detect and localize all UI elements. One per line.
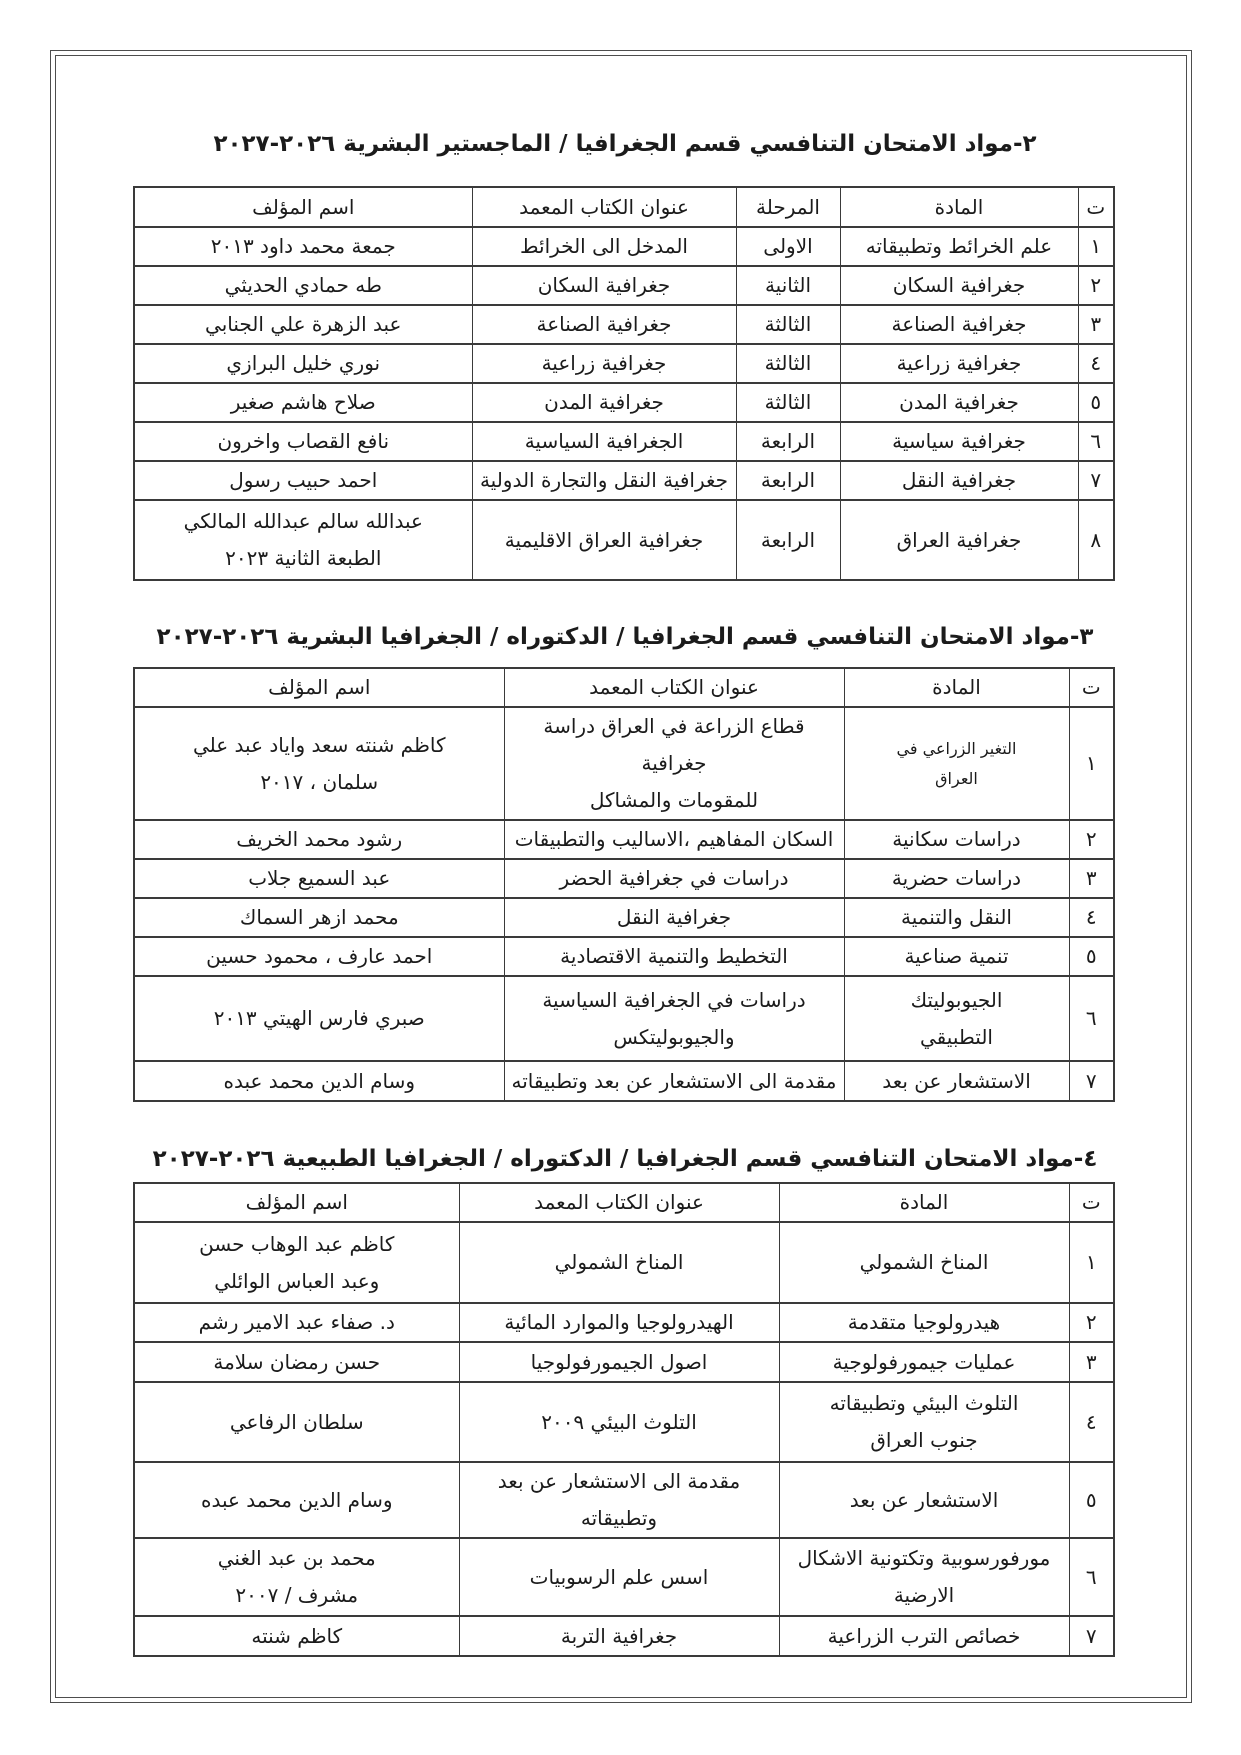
cell-index: ١ (1078, 227, 1114, 266)
cell-book-title: جغرافية النقل والتجارة الدولية (472, 461, 736, 500)
cell-subject: علم الخرائط وتطبيقاته (840, 227, 1078, 266)
cell-book-title: جغرافية السكان (472, 266, 736, 305)
table-header-row: ت المادة عنوان الكتاب المعمد اسم المؤلف (134, 668, 1114, 707)
cell-subject: عمليات جيمورفولوجية (779, 1342, 1069, 1382)
cell-index: ٥ (1078, 383, 1114, 422)
cell-subject: الجيوبوليتك التطبيقي (844, 976, 1069, 1061)
table-row: ٨ جغرافية العراق الرابعة جغرافية العراق … (134, 500, 1114, 580)
cell-author: نوري خليل البرازي (134, 344, 472, 383)
cell-subject: جغرافية سياسية (840, 422, 1078, 461)
table-row: ٤ التلوث البيئي وتطبيقاته جنوب العراق ال… (134, 1382, 1114, 1462)
cell-subject: مورفورسوبية وتكتونية الاشكال الارضية (779, 1538, 1069, 1616)
table-row: ٣ جغرافية الصناعة الثالثة جغرافية الصناع… (134, 305, 1114, 344)
cell-subject: جغرافية العراق (840, 500, 1078, 580)
section-title-phd-human: ٣-مواد الامتحان التنافسي قسم الجغرافيا /… (135, 617, 1115, 657)
cell-index: ٣ (1069, 859, 1114, 898)
cell-subject: التغير الزراعي في العراق (844, 707, 1069, 820)
table-row: ١ المناخ الشمولي المناخ الشمولي كاظم عبد… (134, 1222, 1114, 1303)
cell-subject: دراسات حضرية (844, 859, 1069, 898)
table-header-row: ت المادة المرحلة عنوان الكتاب المعمد اسم… (134, 187, 1114, 227)
cell-subject: النقل والتنمية (844, 898, 1069, 937)
cell-book-title: مقدمة الى الاستشعار عن بعد وتطبيقاته (504, 1061, 844, 1101)
cell-stage: الثانية (736, 266, 840, 305)
cell-author: احمد حبيب رسول (134, 461, 472, 500)
cell-author: كاظم عبد الوهاب حسن وعبد العباس الوائلي (134, 1222, 459, 1303)
cell-author: رشود محمد الخريف (134, 820, 504, 859)
cell-book-title: جغرافية التربة (459, 1616, 779, 1656)
cell-index: ٧ (1069, 1616, 1114, 1656)
table-row: ٣ دراسات حضرية دراسات في جغرافية الحضر ع… (134, 859, 1114, 898)
header-author: اسم المؤلف (134, 1183, 459, 1222)
cell-book-title: الجغرافية السياسية (472, 422, 736, 461)
cell-index: ٤ (1069, 898, 1114, 937)
cell-index: ٢ (1069, 820, 1114, 859)
cell-index: ٦ (1069, 1538, 1114, 1616)
cell-index: ٨ (1078, 500, 1114, 580)
cell-subject: هيدرولوجيا متقدمة (779, 1303, 1069, 1342)
header-stage: المرحلة (736, 187, 840, 227)
cell-subject: جغرافية زراعية (840, 344, 1078, 383)
cell-book-title: التخطيط والتنمية الاقتصادية (504, 937, 844, 976)
cell-author: نافع القصاب واخرون (134, 422, 472, 461)
cell-index: ٥ (1069, 1462, 1114, 1538)
cell-author: عبد السميع جلاب (134, 859, 504, 898)
cell-index: ٤ (1069, 1382, 1114, 1462)
cell-book-title: جغرافية العراق الاقليمية (472, 500, 736, 580)
table-row: ٢ دراسات سكانية السكان المفاهيم ،الاسالي… (134, 820, 1114, 859)
cell-stage: الثالثة (736, 383, 840, 422)
cell-index: ٢ (1069, 1303, 1114, 1342)
document-page: { "tables": [ { "title": "٢-مواد الامتحا… (0, 0, 1241, 1755)
cell-book-title: قطاع الزراعة في العراق دراسة جغرافية للم… (504, 707, 844, 820)
header-author: اسم المؤلف (134, 187, 472, 227)
cell-index: ٧ (1069, 1061, 1114, 1101)
cell-author: كاظم شنته سعد واياد عبد علي سلمان ، ٢٠١٧ (134, 707, 504, 820)
table-row: ٦ جغرافية سياسية الرابعة الجغرافية السيا… (134, 422, 1114, 461)
cell-subject: خصائص الترب الزراعية (779, 1616, 1069, 1656)
cell-index: ٣ (1078, 305, 1114, 344)
table-row: ١ التغير الزراعي في العراق قطاع الزراعة … (134, 707, 1114, 820)
cell-subject: جغرافية النقل (840, 461, 1078, 500)
cell-index: ٦ (1078, 422, 1114, 461)
cell-author: وسام الدين محمد عبده (134, 1061, 504, 1101)
table-row: ٧ جغرافية النقل الرابعة جغرافية النقل وا… (134, 461, 1114, 500)
cell-stage: الثالثة (736, 305, 840, 344)
header-index: ت (1069, 1183, 1114, 1222)
cell-author: عبدالله سالم عبدالله المالكي الطبعة الثا… (134, 500, 472, 580)
cell-index: ٦ (1069, 976, 1114, 1061)
cell-index: ٣ (1069, 1342, 1114, 1382)
cell-author: سلطان الرفاعي (134, 1382, 459, 1462)
cell-subject: جغرافية المدن (840, 383, 1078, 422)
table-row: ٤ النقل والتنمية جغرافية النقل محمد ازهر… (134, 898, 1114, 937)
cell-book-title: دراسات في جغرافية الحضر (504, 859, 844, 898)
table-row: ٥ الاستشعار عن بعد مقدمة الى الاستشعار ع… (134, 1462, 1114, 1538)
cell-book-title: اسس علم الرسوبيات (459, 1538, 779, 1616)
table-row: ٢ هيدرولوجيا متقدمة الهيدرولوجيا والموار… (134, 1303, 1114, 1342)
cell-author: عبد الزهرة علي الجنابي (134, 305, 472, 344)
cell-author: حسن رمضان سلامة (134, 1342, 459, 1382)
phd-human-table: ت المادة عنوان الكتاب المعمد اسم المؤلف … (133, 667, 1115, 1102)
phd-physical-table: ت المادة عنوان الكتاب المعمد اسم المؤلف … (133, 1182, 1115, 1657)
cell-stage: الرابعة (736, 500, 840, 580)
cell-stage: الرابعة (736, 422, 840, 461)
cell-author: صلاح هاشم صغير (134, 383, 472, 422)
table-row: ٢ جغرافية السكان الثانية جغرافية السكان … (134, 266, 1114, 305)
cell-subject: التلوث البيئي وتطبيقاته جنوب العراق (779, 1382, 1069, 1462)
cell-book-title: اصول الجيمورفولوجيا (459, 1342, 779, 1382)
cell-subject: جغرافية السكان (840, 266, 1078, 305)
cell-author: محمد ازهر السماك (134, 898, 504, 937)
cell-author: صبري فارس الهيتي ٢٠١٣ (134, 976, 504, 1061)
cell-stage: الثالثة (736, 344, 840, 383)
cell-author: وسام الدين محمد عبده (134, 1462, 459, 1538)
header-book-title: عنوان الكتاب المعمد (504, 668, 844, 707)
header-index: ت (1069, 668, 1114, 707)
cell-book-title: دراسات في الجغرافية السياسية والجيوبوليت… (504, 976, 844, 1061)
cell-book-title: السكان المفاهيم ،الاساليب والتطبيقات (504, 820, 844, 859)
page-content: ٢-مواد الامتحان التنافسي قسم الجغرافيا /… (135, 0, 1115, 1657)
table-row: ٤ جغرافية زراعية الثالثة جغرافية زراعية … (134, 344, 1114, 383)
table-row: ٧ الاستشعار عن بعد مقدمة الى الاستشعار ع… (134, 1061, 1114, 1101)
cell-index: ٧ (1078, 461, 1114, 500)
cell-subject: دراسات سكانية (844, 820, 1069, 859)
cell-stage: الرابعة (736, 461, 840, 500)
section-title-phd-physical: ٤-مواد الامتحان التنافسي قسم الجغرافيا /… (135, 1139, 1115, 1179)
table-row: ٥ تنمية صناعية التخطيط والتنمية الاقتصاد… (134, 937, 1114, 976)
table-row: ٦ الجيوبوليتك التطبيقي دراسات في الجغراف… (134, 976, 1114, 1061)
cell-author: احمد عارف ، محمود حسين (134, 937, 504, 976)
section-title-masters-human: ٢-مواد الامتحان التنافسي قسم الجغرافيا /… (135, 124, 1115, 164)
cell-subject: الاستشعار عن بعد (779, 1462, 1069, 1538)
header-index: ت (1078, 187, 1114, 227)
table-row: ٣ عمليات جيمورفولوجية اصول الجيمورفولوجي… (134, 1342, 1114, 1382)
cell-book-title: المدخل الى الخرائط (472, 227, 736, 266)
cell-book-title: جغرافية النقل (504, 898, 844, 937)
table-row: ٦ مورفورسوبية وتكتونية الاشكال الارضية ا… (134, 1538, 1114, 1616)
cell-index: ١ (1069, 1222, 1114, 1303)
cell-book-title: التلوث البيئي ٢٠٠٩ (459, 1382, 779, 1462)
table-header-row: ت المادة عنوان الكتاب المعمد اسم المؤلف (134, 1183, 1114, 1222)
masters-human-table: ت المادة المرحلة عنوان الكتاب المعمد اسم… (133, 186, 1115, 581)
cell-book-title: مقدمة الى الاستشعار عن بعد وتطبيقاته (459, 1462, 779, 1538)
cell-book-title: جغرافية زراعية (472, 344, 736, 383)
cell-subject: تنمية صناعية (844, 937, 1069, 976)
cell-author: محمد بن عبد الغني مشرف / ٢٠٠٧ (134, 1538, 459, 1616)
header-subject: المادة (844, 668, 1069, 707)
cell-stage: الاولى (736, 227, 840, 266)
header-book-title: عنوان الكتاب المعمد (459, 1183, 779, 1222)
header-subject: المادة (840, 187, 1078, 227)
header-author: اسم المؤلف (134, 668, 504, 707)
cell-author: طه حمادي الحديثي (134, 266, 472, 305)
cell-index: ٥ (1069, 937, 1114, 976)
cell-author: كاظم شنته (134, 1616, 459, 1656)
header-subject: المادة (779, 1183, 1069, 1222)
header-book-title: عنوان الكتاب المعمد (472, 187, 736, 227)
cell-index: ٢ (1078, 266, 1114, 305)
cell-author: د. صفاء عبد الامير رشم (134, 1303, 459, 1342)
cell-author: جمعة محمد داود ٢٠١٣ (134, 227, 472, 266)
table-row: ٧ خصائص الترب الزراعية جغرافية التربة كا… (134, 1616, 1114, 1656)
cell-subject: الاستشعار عن بعد (844, 1061, 1069, 1101)
cell-book-title: جغرافية المدن (472, 383, 736, 422)
cell-index: ٤ (1078, 344, 1114, 383)
cell-subject: جغرافية الصناعة (840, 305, 1078, 344)
cell-book-title: الهيدرولوجيا والموارد المائية (459, 1303, 779, 1342)
cell-book-title: جغرافية الصناعة (472, 305, 736, 344)
table-row: ٥ جغرافية المدن الثالثة جغرافية المدن صل… (134, 383, 1114, 422)
table-row: ١ علم الخرائط وتطبيقاته الاولى المدخل ال… (134, 227, 1114, 266)
cell-book-title: المناخ الشمولي (459, 1222, 779, 1303)
cell-index: ١ (1069, 707, 1114, 820)
cell-subject: المناخ الشمولي (779, 1222, 1069, 1303)
